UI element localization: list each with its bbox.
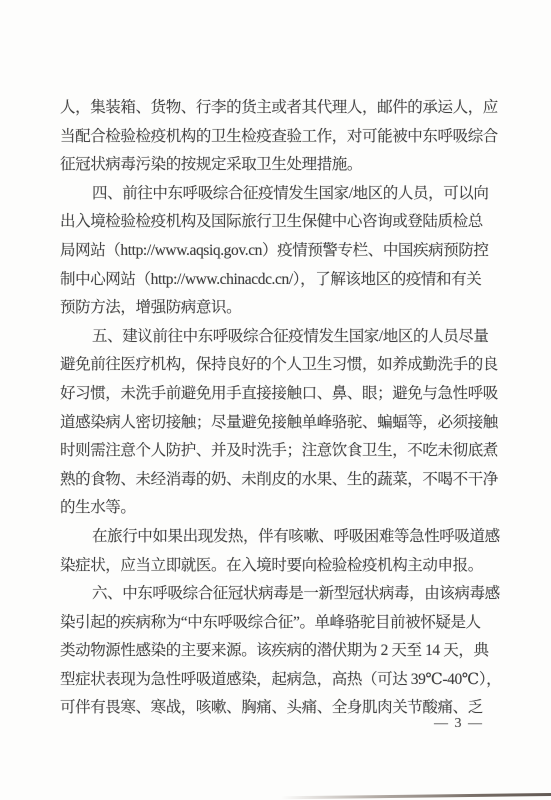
text-line: 局网站（http://www.aqsiq.gov.cn）疫情预警专栏、中国疾病预… [60, 237, 498, 266]
text-line: 出入境检验检疫机构及国际旅行卫生保健中心咨询或登陆质检总 [60, 208, 498, 237]
text-line: 五、建议前往中东呼吸综合征疫情发生国家/地区的人员尽量 [60, 323, 498, 352]
text-line: 制中心网站（http://www.chinacdc.cn/），了解该地区的疫情和… [60, 266, 498, 295]
text-line: 六、中东呼吸综合征冠状病毒是一新型冠状病毒，由该病毒感 [60, 580, 498, 609]
text-line: 人，集装箱、货物、行李的货主或者其代理人，邮件的承运人，应 [60, 94, 498, 123]
text-line: 类动物源性感染的主要来源。该疾病的潜伏期为 2 天至 14 天，典 [60, 637, 498, 666]
scan-edge-artifact [281, 793, 551, 799]
text-line: 当配合检验检疫机构的卫生检疫查验工作，对可能被中东呼吸综合 [60, 123, 498, 152]
text-line: 征冠状病毒污染的按规定采取卫生处理措施。 [60, 151, 498, 180]
text-line: 时则需注意个人防护、并及时洗手；注意饮食卫生，不吃未彻底煮 [60, 437, 498, 466]
text-line: 道感染病人密切接触；尽量避免接触单峰骆驼、蝙蝠等，必须接触 [60, 409, 498, 438]
document-body-text: 人，集装箱、货物、行李的货主或者其代理人，邮件的承运人，应当配合检验检疫机构的卫… [60, 94, 498, 723]
text-line: 染症状，应当立即就医。在入境时要向检验检疫机构主动申报。 [60, 552, 498, 581]
page-number: — 3 — [434, 714, 504, 734]
text-line: 可伴有畏寒、寒战，咳嗽、胸痛、头痛、全身肌肉关节酸痛、乏 [60, 694, 498, 723]
text-line: 型症状表现为急性呼吸道感染，起病急，高热（可达 39℃-40℃）， [60, 666, 498, 695]
text-line: 好习惯，未洗手前避免用手直接接触口、鼻、眼；避免与急性呼吸 [60, 380, 498, 409]
document-page: 人，集装箱、货物、行李的货主或者其代理人，邮件的承运人，应当配合检验检疫机构的卫… [0, 0, 551, 800]
text-line: 在旅行中如果出现发热，伴有咳嗽、呼吸困难等急性呼吸道感 [60, 523, 498, 552]
text-line: 的生水等。 [60, 494, 498, 523]
text-line: 熟的食物、未经消毒的奶、未削皮的水果、生的蔬菜，不喝不干净 [60, 466, 498, 495]
text-line: 染引起的疾病称为“中东呼吸综合征”。单峰骆驼目前被怀疑是人 [60, 609, 498, 638]
text-line: 四、前往中东呼吸综合征疫情发生国家/地区的人员，可以向 [60, 180, 498, 209]
text-line: 避免前往医疗机构，保持良好的个人卫生习惯，如养成勤洗手的良 [60, 351, 498, 380]
text-line: 预防方法，增强防病意识。 [60, 294, 498, 323]
